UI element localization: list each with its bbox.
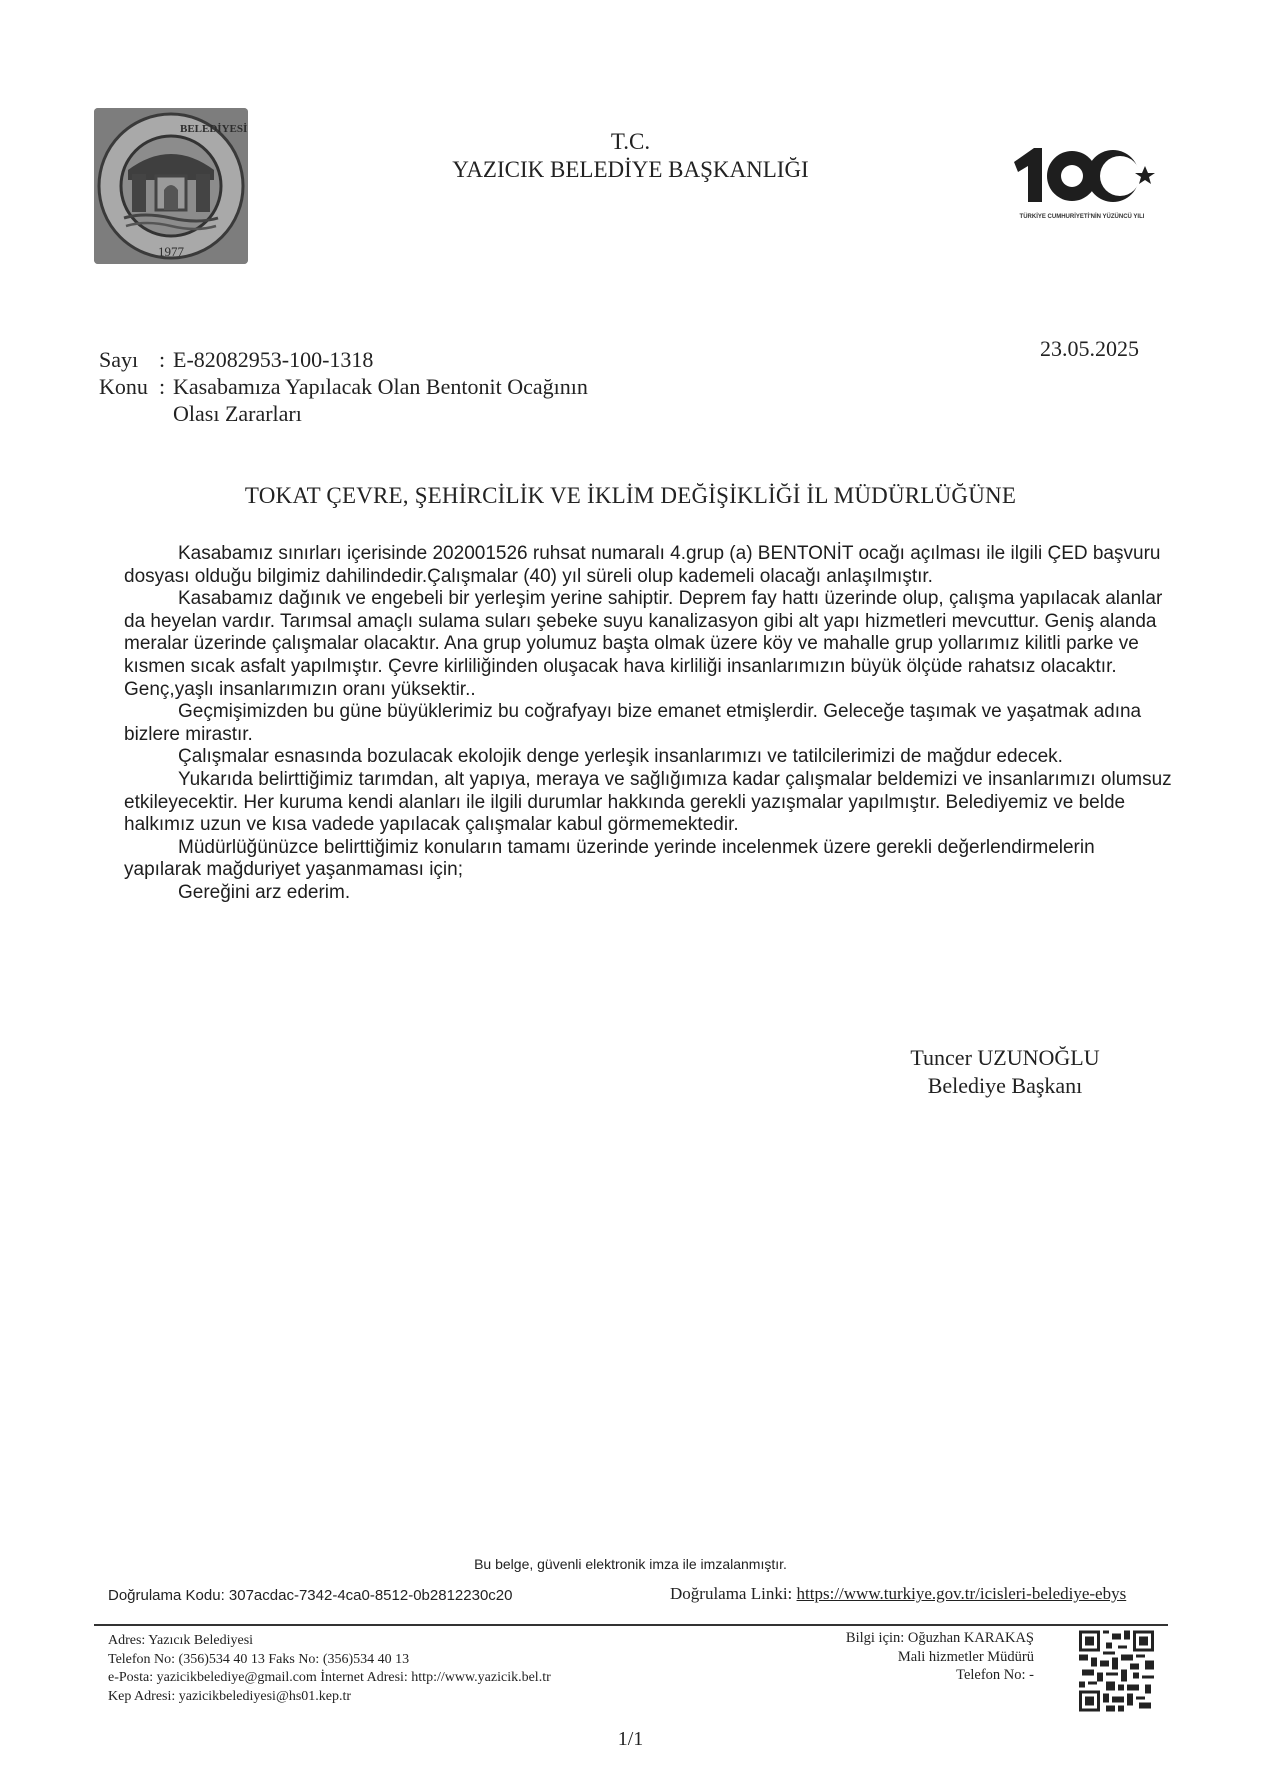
info-contact-title: Mali hizmetler Müdürü <box>800 1648 1034 1667</box>
verification-link: Doğrulama Linki: https://www.turkiye.gov… <box>670 1584 1126 1604</box>
recipient: TOKAT ÇEVRE, ŞEHİRCİLİK VE İKLİM DEĞİŞİK… <box>0 483 1261 509</box>
svg-text:1977: 1977 <box>158 244 185 259</box>
contact-info: Adres: Yazıcık Belediyesi Telefon No: (3… <box>108 1632 551 1706</box>
footer-address: Adres: Yazıcık Belediyesi <box>108 1632 551 1651</box>
body-paragraph: Geçmişimizden bu güne büyüklerimiz bu co… <box>124 701 1176 746</box>
body-paragraph: Kasabamız dağınık ve engebeli bir yerleş… <box>124 588 1176 701</box>
esign-note: Bu belge, güvenli elektronik imza ile im… <box>0 1556 1261 1572</box>
qr-code-icon <box>1079 1630 1154 1712</box>
signer-title: Belediye Başkanı <box>860 1072 1150 1100</box>
verification-link-label: Doğrulama Linki: <box>670 1584 792 1603</box>
footer-email: e-Posta: yazicikbelediye@gmail.com İnter… <box>108 1669 551 1688</box>
page-number: 1/1 <box>0 1728 1261 1751</box>
konu-value-cont: Olası Zararları <box>99 400 588 427</box>
footer-divider <box>94 1624 1168 1626</box>
sayi-value: E-82082953-100-1318 <box>173 346 373 373</box>
info-contact-name: Bilgi için: Oğuzhan KARAKAŞ <box>800 1629 1034 1648</box>
info-contact-phone: Telefon No: - <box>800 1666 1034 1685</box>
verification-code: Doğrulama Kodu: 307acdac-7342-4ca0-8512-… <box>108 1587 512 1604</box>
konu-label: Konu <box>99 373 159 400</box>
verification-code-value: 307acdac-7342-4ca0-8512-0b2812230c20 <box>229 1587 513 1604</box>
closing-line: Gereğini arz ederim. <box>124 882 1176 905</box>
body-paragraph: Kasabamız sınırları içerisinde 202001526… <box>124 543 1176 588</box>
body-paragraph: Çalışmalar esnasında bozulacak ekolojik … <box>124 746 1176 769</box>
document-date: 23.05.2025 <box>1040 336 1139 362</box>
body-paragraph: Yukarıda belirttiğimiz tarımdan, alt yap… <box>124 769 1176 837</box>
sayi-label: Sayı <box>99 346 159 373</box>
footer-phone: Telefon No: (356)534 40 13 Faks No: (356… <box>108 1651 551 1670</box>
letter-body: Kasabamız sınırları içerisinde 202001526… <box>124 543 1176 905</box>
signer-name: Tuncer UZUNOĞLU <box>860 1044 1150 1072</box>
verification-code-label: Doğrulama Kodu: <box>108 1587 225 1604</box>
konu-value: Kasabamıza Yapılacak Olan Bentonit Ocağı… <box>173 373 588 400</box>
info-contact: Bilgi için: Oğuzhan KARAKAŞ Mali hizmetl… <box>800 1629 1034 1685</box>
republic-100th-anniversary-logo: TÜRKİYE CUMHURİYETİ'NİN YÜZÜNCÜ YILI <box>1000 126 1165 224</box>
verification-link-url[interactable]: https://www.turkiye.gov.tr/icisleri-bele… <box>797 1584 1127 1603</box>
signature-block: Tuncer UZUNOĞLU Belediye Başkanı <box>860 1044 1150 1100</box>
footer-kep: Kep Adresi: yazicikbelediyesi@hs01.kep.t… <box>108 1688 551 1707</box>
body-paragraph: Müdürlüğünüzce belirttiğimiz konuların t… <box>124 837 1176 882</box>
document-meta: Sayı : E-82082953-100-1318 Konu : Kasaba… <box>99 346 588 427</box>
svg-text:TÜRKİYE CUMHURİYETİ'NİN YÜZÜNC: TÜRKİYE CUMHURİYETİ'NİN YÜZÜNCÜ YILI <box>1020 213 1145 220</box>
